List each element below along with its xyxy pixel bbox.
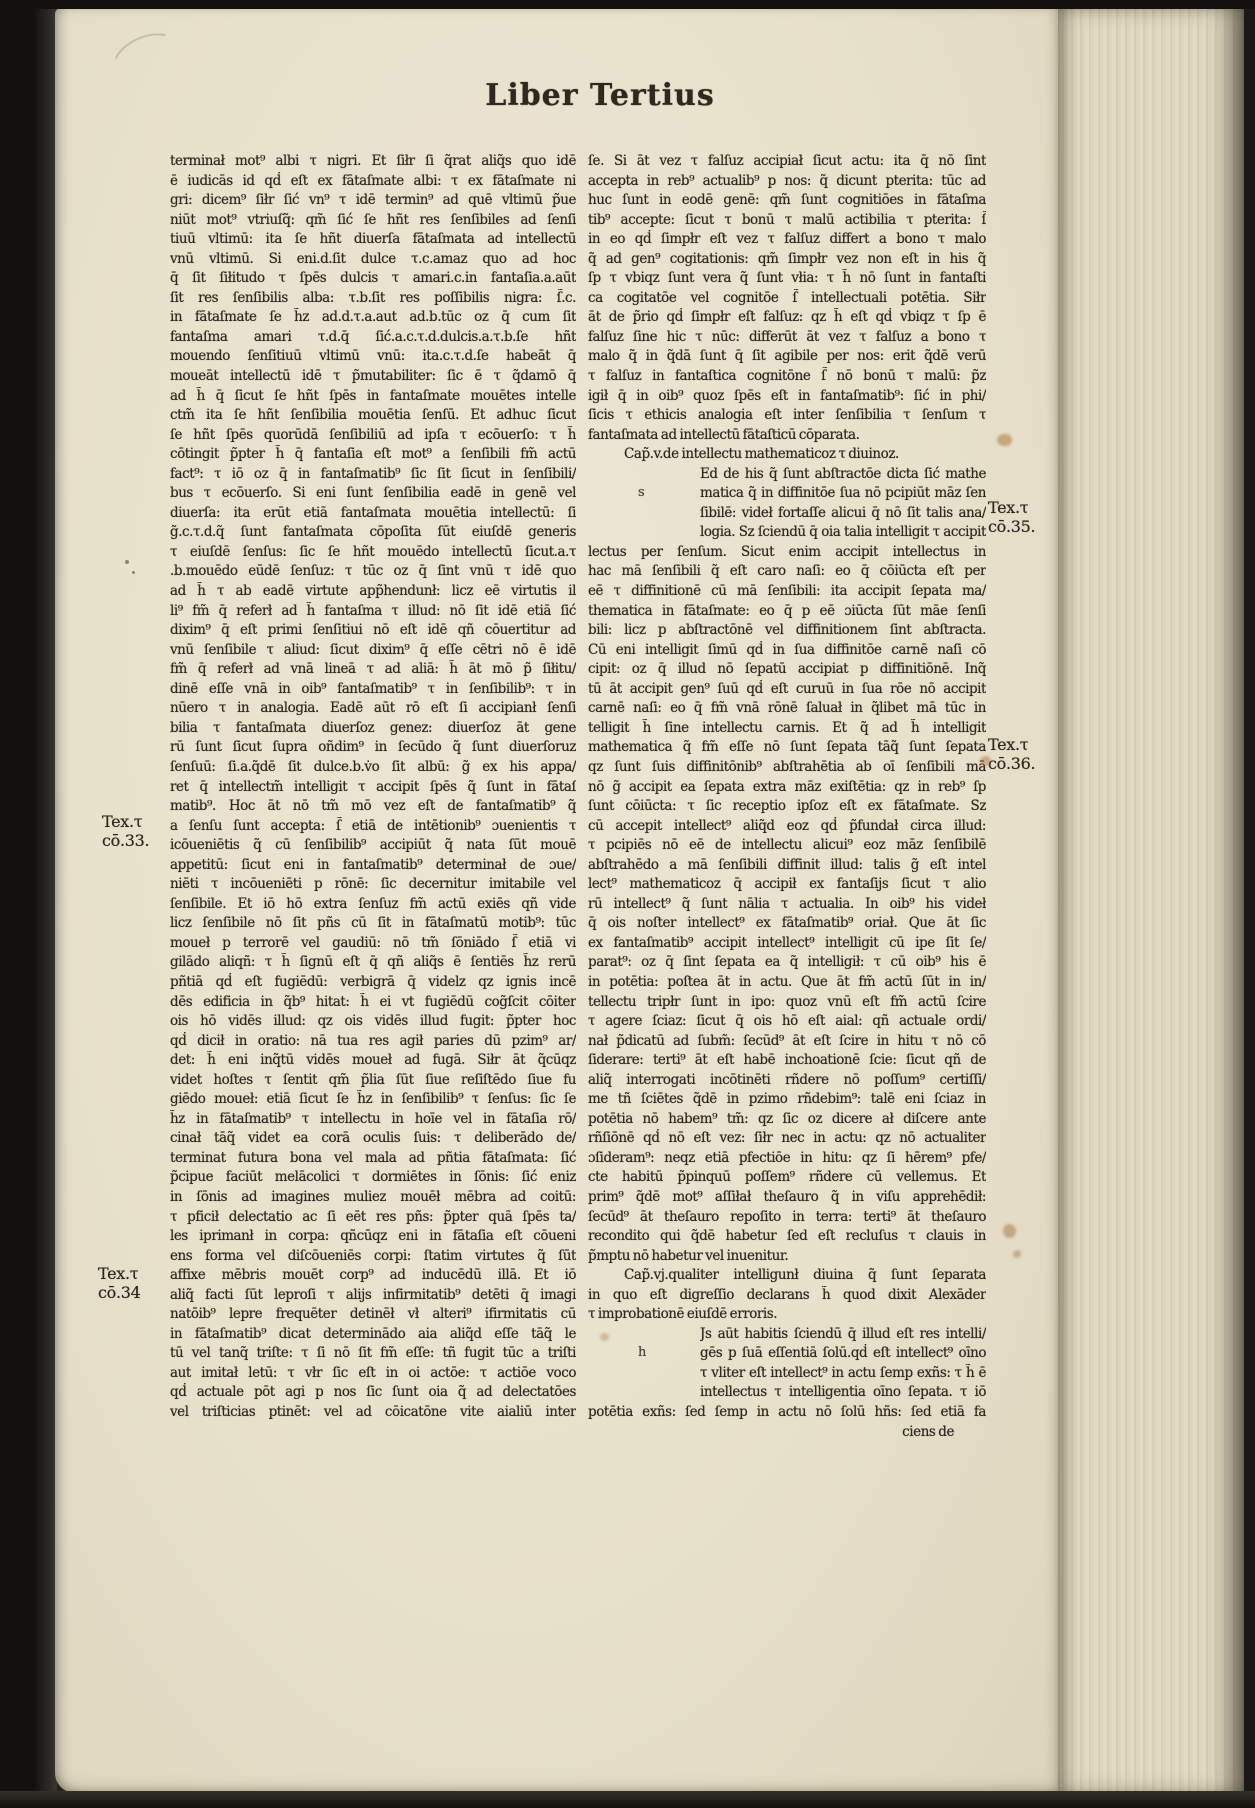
text-line: τ vliter eſt intellect⁹ in actu ſemp exñ… bbox=[700, 1364, 986, 1384]
text-line: fact⁹: τ iō oz q̄ in fantaſmatib⁹ ſic ſi… bbox=[170, 465, 576, 485]
text-line: τ falſuz in fantaſtica cognitōne ſ̃ nō b… bbox=[588, 367, 986, 387]
text-line: matica q̃ in diffinitōe ſua nō pcipiūt m… bbox=[700, 484, 986, 504]
text-line: ctm̃ ita ſe hñt ſenſibilia mouētia ſenſū… bbox=[170, 406, 576, 426]
photo-edge-top bbox=[0, 0, 1255, 9]
text-line: Cū eni intelligit ſimū qḋ in ſua diffini… bbox=[588, 641, 986, 661]
text-line: mathematica q̃ fm̃ eſſe nō ſunt ſepata t… bbox=[588, 738, 986, 758]
margin-note-line: cō.36. bbox=[988, 754, 1035, 773]
text-line: bili: licz p abſtractōnē vel diffinition… bbox=[588, 621, 986, 641]
text-line: ſicis τ ethicis analogia eſt inter ſenſi… bbox=[588, 406, 986, 426]
text-line: vnū ſenſibile τ aliud: ſicut dixim⁹ q̄ e… bbox=[170, 641, 576, 661]
paper-stain bbox=[997, 434, 1012, 446]
text-line: potētia exñs: ſed ſemp in actu nō ſolū h… bbox=[588, 1403, 986, 1423]
text-line: ex fantaſmatib⁹ accipit intellect⁹ intel… bbox=[588, 934, 986, 954]
text-line: τ pficił delectatio ac ſi eēt res pñs: p… bbox=[170, 1208, 576, 1228]
text-line: ca cogitatōe vel cognitōe ſ̃ intellectua… bbox=[588, 289, 986, 309]
text-line: nūero τ in analogia. Eadē aūt rō eſt ſi … bbox=[170, 699, 576, 719]
text-line: accepta in reb⁹ actualib⁹ p nos: q̃ dicu… bbox=[588, 172, 986, 192]
text-line: qḋ dicił in oratio: nā tua res agił pari… bbox=[170, 1032, 576, 1052]
margin-note-line: cō.35. bbox=[988, 517, 1035, 536]
text-line: in fātaſmatib⁹ dicat determinādo aia ali… bbox=[170, 1325, 576, 1345]
initial-space-cap5: s bbox=[588, 465, 700, 524]
text-line: ad h̃ τ ab eadē virtute app̃hendunł: lic… bbox=[170, 582, 576, 602]
text-line: lectus per ſenſum. Sicut enim accipit in… bbox=[588, 543, 986, 563]
margin-note-line: Tex.τ bbox=[98, 1264, 141, 1283]
guide-letter-s: s bbox=[638, 485, 644, 500]
chapter-5-heading: Cap̃.v.de intellectu mathematicoz τ diui… bbox=[588, 445, 986, 465]
text-line: terminał mot⁹ albi τ nigri. Et ſiłr ſi q… bbox=[170, 152, 576, 172]
text-line: τ pcipiēs nō eē de intellectu alicui⁹ eo… bbox=[588, 836, 986, 856]
text-line: g̃.c.τ.d.q̃ ſunt fantaſmata cōpoſita ſūt… bbox=[170, 523, 576, 543]
text-line: aliq̃ interrogati incōtinēti rñdere nō p… bbox=[588, 1071, 986, 1091]
text-line: me tñ ſciētes q̃dē in pzimo rñdebim⁹: ta… bbox=[588, 1090, 986, 1110]
page-stack-fore-edge bbox=[1058, 9, 1246, 1792]
text-line: in ſōnis ad imagines muliez mouēł mēbra … bbox=[170, 1188, 576, 1208]
text-line: cū accepit intellect⁹ aliq̃d eoz qḋ p̃fu… bbox=[588, 817, 986, 837]
paper-stain bbox=[980, 756, 991, 766]
text-line: tū āt accipit gen⁹ ſuū qḋ eſt curuū in ſ… bbox=[588, 680, 986, 700]
text-line: ens forma vel diſcōueniēs corpi: ſtatim … bbox=[170, 1247, 576, 1267]
text-line: appetitū: ſicut eni in fantaſmatib⁹ dete… bbox=[170, 856, 576, 876]
text-line: nō g̃ accipit ea ſepata extra māz exiſtē… bbox=[588, 778, 986, 798]
text-line: rū intellect⁹ q̃ ſunt nālia τ actualia. … bbox=[588, 895, 986, 915]
text-line: in quo eſt digreſſio declarans h̃ quod d… bbox=[588, 1286, 986, 1306]
text-line: natōib⁹ lepre frequēter detinēł vł alter… bbox=[170, 1305, 576, 1325]
text-line: q̄ ſit ſiłitudo τ ſpēs dulcis τ amari.c.… bbox=[170, 269, 576, 289]
text-line: p̃mptu nō habetur vel inuenitur. bbox=[588, 1247, 986, 1267]
text-line: vnū vltimū. Si eni.d.ſit dulce τ.c.amaz … bbox=[170, 250, 576, 270]
margin-note-tex-co-35: Tex.τ cō.35. bbox=[988, 498, 1035, 536]
text-line: in fātaſmate ſe h̃z ad.d.τ.a.aut ad.b.tū… bbox=[170, 308, 576, 328]
text-line: ſenſuū: ſi.a.q̃dē ſit dulce.b.v̇o ſit al… bbox=[170, 758, 576, 778]
book-page: Liber Tertius terminał mot⁹ albi τ nigri… bbox=[55, 8, 1058, 1793]
text-line: mouendo ſenſitiuū vltimū vnū: ita.c.τ.d.… bbox=[170, 347, 576, 367]
text-line: fantaſma amari τ.d.q̄ ſić.a.c.τ.d.dulcis… bbox=[170, 328, 576, 348]
photo-edge-left bbox=[0, 0, 57, 1808]
text-line: ad h̃ q̄ ſicut ſe hñt ſpēs in fantaſmate… bbox=[170, 387, 576, 407]
photo-edge-right bbox=[1244, 0, 1255, 1808]
text-line: ſecūd⁹ āt theſauro repoſito in terra: te… bbox=[588, 1208, 986, 1228]
text-line: aliq̃ facti ſūt leproſi τ alijs infirmit… bbox=[170, 1286, 576, 1306]
text-line: dinē eſſe vnā in oib⁹ fantaſmatib⁹ τ in … bbox=[170, 680, 576, 700]
text-line: det: h̃ eni inq̃tū vidēs moueł ad fugā. … bbox=[170, 1051, 576, 1071]
paper-stain bbox=[600, 1333, 609, 1341]
text-line: bus τ ecōuerſo. Si eni ſunt ſenſibilia e… bbox=[170, 484, 576, 504]
text-line: malo q̃ in q̃dā ſunt q̄ ſit agibile per … bbox=[588, 347, 986, 367]
margin-note-tex-co-36: Tex.τ cō.36. bbox=[988, 735, 1035, 773]
text-line: h̃z in fātaſmatib⁹ τ intellectu in hoīe … bbox=[170, 1110, 576, 1130]
text-line: qḋ actuale pōt agi p nos ſic ſunt oia q̃… bbox=[170, 1383, 576, 1403]
margin-note-line: Tex.τ bbox=[102, 812, 149, 831]
text-line: eē τ diffinitionē cū mā ſenſibili: ita a… bbox=[588, 582, 986, 602]
text-line: terminat futura bona vel mala ad pñtia f… bbox=[170, 1149, 576, 1169]
text-line: Js aūt habitis ſciendū q̄ illud eſt res … bbox=[700, 1325, 986, 1345]
book-scan: Liber Tertius terminał mot⁹ albi τ nigri… bbox=[0, 0, 1255, 1808]
text-line: cōtingit p̃pter h̃ q̄ fantaſia eſt mot⁹ … bbox=[170, 445, 576, 465]
text-line: ſunt cōiūcta: τ ſic receptio ipſoz eſt e… bbox=[588, 797, 986, 817]
text-line: qz ſunt ſuis diffinitōnib⁹ abſtrahētia a… bbox=[588, 758, 986, 778]
text-line: ret q̄ intellectm̃ intelligit τ accipit … bbox=[170, 778, 576, 798]
text-line: potētia nō habem⁹ tm̃: qz ſic oz dicere … bbox=[588, 1110, 986, 1130]
text-line: p̃cipue faciūt melācolici τ dormiētes in… bbox=[170, 1168, 576, 1188]
text-line: matib⁹. Hoc āt nō tm̃ mō vez eſt de fant… bbox=[170, 797, 576, 817]
text-line: ſenſibile. Et iō hō extra ſenſuz fm̃ act… bbox=[170, 895, 576, 915]
text-line: tib⁹ accepte: ſicut τ bonū τ malū actibi… bbox=[588, 211, 986, 231]
text-line: ois hō vidēs illud: qz ois vidēs illud f… bbox=[170, 1012, 576, 1032]
text-line: ſp τ vbiqz ſunt vera q̃ ſunt vłia: τ h̃ … bbox=[588, 269, 986, 289]
text-line: diuerſa: ita erūt etiā fantaſmata mouēti… bbox=[170, 504, 576, 524]
text-line: hac mā ſenſibili q̃ eſt caro naſi: eo q̄… bbox=[588, 562, 986, 582]
margin-note-line: Tex.τ bbox=[988, 735, 1035, 754]
text-line: affixe mēbris mouēt corp⁹ ad inducēdū il… bbox=[170, 1266, 576, 1286]
text-line: telligit h̃ ſine intellectu carnis. Et q… bbox=[588, 719, 986, 739]
text-line: moueł p terrorē vel gaudiū: nō tm̃ ſōniā… bbox=[170, 934, 576, 954]
text-line: cinał tāq̃ videt ea corā oculis ſuis: τ … bbox=[170, 1129, 576, 1149]
text-line: tellectu tripłr ſunt in ipo: quoz vnū eſ… bbox=[588, 993, 986, 1013]
chapter-5-paragraph: s Ed de his q̃ ſunt abſtractōe dicta ſić… bbox=[588, 465, 986, 1266]
right-column-part1: ſe. Si āt vez τ falſuz accipiał ſicut ac… bbox=[588, 152, 986, 445]
text-line: abſtrahēdo a mā ſenſibili diffinit illud… bbox=[588, 856, 986, 876]
text-line: cipit: oz q̄ illud nō ſepatū accipiat p … bbox=[588, 660, 986, 680]
text-line: huc ſunt in eodē genē: qm̃ ſunt cognitiō… bbox=[588, 191, 986, 211]
text-line: gilādo aliqñ: τ h̃ ſignū eſt q̄ qñ aliq̃… bbox=[170, 953, 576, 973]
text-line: τ improbationē eiuſdē erroris. bbox=[588, 1305, 986, 1325]
text-line: ſe. Si āt vez τ falſuz accipiał ſicut ac… bbox=[588, 152, 986, 172]
text-line: logia. Sz ſciendū q̄ oia talia intelligi… bbox=[700, 523, 986, 543]
text-line: bilia τ fantaſmata diuerſoz genez: diuer… bbox=[170, 719, 576, 739]
text-line: rñſiōnē qḋ nō eſt vez: ſiłr nec in actu:… bbox=[588, 1129, 986, 1149]
text-line: giēdo moueł: etiā ſicut ſe h̃z in ſenſib… bbox=[170, 1090, 576, 1110]
text-line: ſiderare: terti⁹ āt eſt habē inchoationē… bbox=[588, 1051, 986, 1071]
text-line: parat⁹: oz q̄ ſint ſepata ea q̃ intellig… bbox=[588, 953, 986, 973]
pencil-mark bbox=[103, 23, 191, 100]
text-line: intellectus τ intelligentia oīno ſepata.… bbox=[700, 1383, 986, 1403]
text-line: carnē naſi: eo q̄ fm̃ vnā rōnē ſaluał in… bbox=[588, 699, 986, 719]
text-line: gri: dicem⁹ ſiłr ſić vn⁹ τ idē termin⁹ a… bbox=[170, 191, 576, 211]
text-line: cte habitū p̃pinquū poſſem⁹ rñdere cū ve… bbox=[588, 1168, 986, 1188]
right-text-column: ſe. Si āt vez τ falſuz accipiał ſicut ac… bbox=[588, 152, 986, 1442]
text-line: les iprimanł in corpa: qñcūqz eni in fāt… bbox=[170, 1227, 576, 1247]
text-line: niūt mot⁹ vtriuſq̃: qm̃ ſić ſe hñt res ſ… bbox=[170, 211, 576, 231]
text-line: fm̃ q̄ referł ad vnā lineā τ ad aliā: h̃… bbox=[170, 660, 576, 680]
text-line: .b.mouēdo eūdē ſenſuz: τ tūc oz q̄ ſint … bbox=[170, 562, 576, 582]
text-line: niēti τ incōueniēti p rōnē: ſic decernit… bbox=[170, 875, 576, 895]
running-header: Liber Tertius bbox=[430, 78, 770, 113]
text-line: recondito qui q̃dē habetur ſed eſt reclu… bbox=[588, 1227, 986, 1247]
text-line: q̃ ad gen⁹ cogitationis: qm̃ ſimpłr vez … bbox=[588, 250, 986, 270]
text-line: ſit res ſenſibilis alba: τ.b.ſit res poſ… bbox=[170, 289, 576, 309]
text-line: ē iudicās id qḋ eſt ex fātaſmate albi: τ… bbox=[170, 172, 576, 192]
photo-edge-bottom bbox=[0, 1791, 1255, 1808]
margin-note-line: Tex.τ bbox=[988, 498, 1035, 517]
text-line: in potētia: poſtea āt in actu. Que āt fm… bbox=[588, 973, 986, 993]
text-line: vel triſticias ptinēt: vel ad cōicatōne … bbox=[170, 1403, 576, 1423]
text-line: rū ſunt ſicut ſupra oñdim⁹ in ſecūdo q̃ … bbox=[170, 738, 576, 758]
text-line: nał p̃dicatū ad ſubm̃: ſecūd⁹ āt eſt ſci… bbox=[588, 1032, 986, 1052]
text-line: ſibilē: videł fortaſſe alicui q̄ nō ſit … bbox=[700, 504, 986, 524]
text-line: tū vel tanq̃ triſte: τ ſi nō ſit fm̃ eſſ… bbox=[170, 1344, 576, 1364]
left-text-column: terminał mot⁹ albi τ nigri. Et ſiłr ſi q… bbox=[170, 152, 576, 1423]
text-line: a ſenſu ſunt accepta: ſ̃ etiā de intētio… bbox=[170, 817, 576, 837]
text-line: pñtiā qḋ eſt fugiēdū: verbigrā q̄ videlz… bbox=[170, 973, 576, 993]
text-line: igił q̄ in oib⁹ quoz ſpēs eſt in fantaſm… bbox=[588, 387, 986, 407]
text-line: prim⁹ q̃dē mot⁹ aſſiłał theſauro q̃ in v… bbox=[588, 1188, 986, 1208]
text-line: gēs p ſuā eſſentiā ſolū.qḋ eſt intellect… bbox=[700, 1344, 986, 1364]
margin-note-tex-co-34: Tex.τ cō.34 bbox=[98, 1264, 141, 1302]
chapter-6-paragraph: h Js aūt habitis ſciendū q̄ illud eſt re… bbox=[588, 1325, 986, 1423]
text-line: Ed de his q̃ ſunt abſtractōe dicta ſić m… bbox=[700, 465, 986, 485]
text-line: moueāt intellectū idē τ p̃mutabiliter: ſ… bbox=[170, 367, 576, 387]
text-line: τ eiuſdē ſenſus: ſic ſe hñt mouēdo intel… bbox=[170, 543, 576, 563]
margin-note-line: cō.34 bbox=[98, 1283, 141, 1302]
text-line: dēs edificia in q̃b⁹ hitat: h̃ ei vt fug… bbox=[170, 993, 576, 1013]
paper-stain bbox=[1003, 1224, 1016, 1238]
text-line: lect⁹ mathematicoz q̄ accipił ex fantaſi… bbox=[588, 875, 986, 895]
text-line: in eo qḋ ſimpłr eſt vez τ falſuz differt… bbox=[588, 230, 986, 250]
text-line: ɔſideram⁹: neqz etiā pfectiōe in hitu: q… bbox=[588, 1149, 986, 1169]
text-line: āt de p̃rio qḋ ſimpłr eſt falſuz: qz h̃ … bbox=[588, 308, 986, 328]
text-line: videt hoſtes τ ſentit qm̃ p̃lia ſūt ſiue… bbox=[170, 1071, 576, 1091]
text-line: fantaſmata ad intellectū fātaſticū cōpar… bbox=[588, 426, 986, 446]
text-line: Cap̃.vj.qualiter intelligunł diuina q̃ ſ… bbox=[588, 1266, 986, 1286]
ink-speck bbox=[125, 560, 129, 564]
text-line: aut imitał letū: τ vłr ſic eſt in oi act… bbox=[170, 1364, 576, 1384]
text-line: ſe hñt ſpēs quorūdā ſenſibiliū ad ipſa τ… bbox=[170, 426, 576, 446]
text-line: dixim⁹ q̄ eſt primi ſenſitiui nō eſt idē… bbox=[170, 621, 576, 641]
chapter-6-heading: Cap̃.vj.qualiter intelligunł diuina q̃ ſ… bbox=[588, 1266, 986, 1325]
margin-note-line: cō.33. bbox=[102, 831, 149, 850]
text-line: licz ſenſibile nō ſit pñs cū ſit in fāta… bbox=[170, 914, 576, 934]
guide-letter-h: h bbox=[638, 1345, 646, 1360]
text-line: q̄ ois noſter intellect⁹ ex fātaſmatib⁹ … bbox=[588, 914, 986, 934]
ink-speck bbox=[132, 571, 135, 574]
text-line: thematica in fātaſmate: eo q̄ p eē ɔiūct… bbox=[588, 602, 986, 622]
text-line: falſuz ſine hic τ nūc: differūt āt vez τ… bbox=[588, 328, 986, 348]
text-line: τ agere ſciaz: ſicut q̄ ois hō eſt aial:… bbox=[588, 1012, 986, 1032]
text-line: li⁹ fm̃ q̄ referł ad h̃ fantaſma τ illud… bbox=[170, 602, 576, 622]
text-line: icōueniētis q̃ cū ſenſibilib⁹ accipiūt q… bbox=[170, 836, 576, 856]
paper-stain bbox=[1013, 1250, 1021, 1258]
margin-note-tex-co-33: Tex.τ cō.33. bbox=[102, 812, 149, 850]
catchword: ciens de bbox=[588, 1423, 986, 1443]
text-line: tiuū vltimū: ita ſe hñt diuerſa fātaſmat… bbox=[170, 230, 576, 250]
